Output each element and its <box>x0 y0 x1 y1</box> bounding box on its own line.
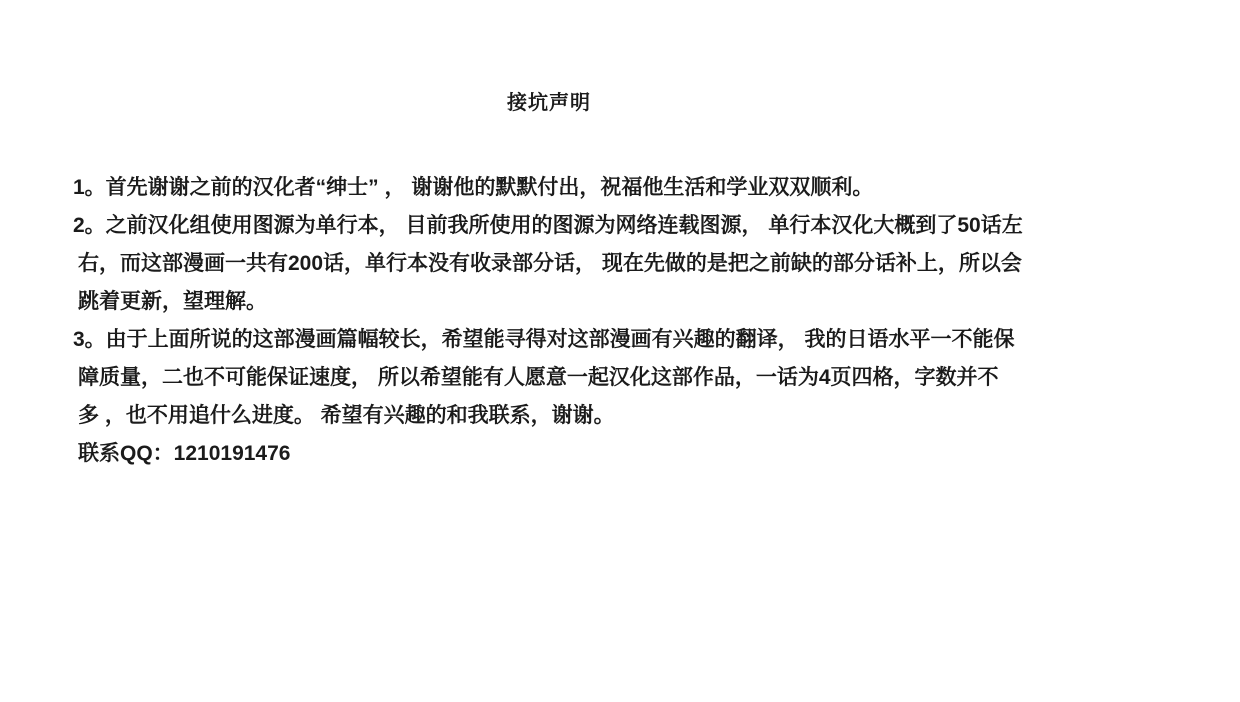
page-title: 接坑声明 <box>507 92 591 114</box>
page-title-wrap: 接坑声明 <box>0 86 1098 115</box>
text-line: 障质量，二也不可能保证速度， 所以希望能有人愿意一起汉化这部作品，一话为4页四格… <box>73 359 1193 397</box>
text-line: 联系QQ：1210191476 <box>73 435 1193 473</box>
notice-body: 1。首先谢谢之前的汉化者“绅士” ， 谢谢他的默默付出，祝福他生活和学业双双顺利… <box>73 169 1193 473</box>
text-line: 跳着更新，望理解。 <box>73 283 1193 321</box>
text-line: 1。首先谢谢之前的汉化者“绅士” ， 谢谢他的默默付出，祝福他生活和学业双双顺利… <box>73 169 1193 207</box>
text-line: 右，而这部漫画一共有200话，单行本没有收录部分话， 现在先做的是把之前缺的部分… <box>73 245 1193 283</box>
text-line: 多 ，也不用追什么进度。 希望有兴趣的和我联系，谢谢。 <box>73 397 1193 435</box>
text-line: 2。之前汉化组使用图源为单行本， 目前我所使用的图源为网络连载图源， 单行本汉化… <box>73 207 1193 245</box>
text-line: 3。由于上面所说的这部漫画篇幅较长，希望能寻得对这部漫画有兴趣的翻译， 我的日语… <box>73 321 1193 359</box>
